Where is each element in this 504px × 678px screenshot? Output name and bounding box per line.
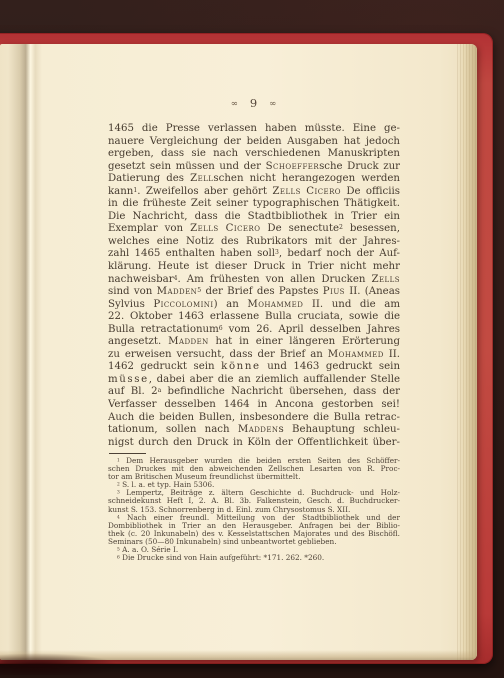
page-number: 9 (250, 96, 258, 110)
body-line: nachweisbar4. Am frühesten von allen Dru… (108, 274, 400, 287)
body-line: nauere Vergleichung der beiden Ausgaben … (108, 136, 400, 149)
body-line: tationum, sollen nach Maddens Behauptung… (108, 424, 400, 437)
body-line: Verfasser desselben 1464 in Ancona gesto… (108, 399, 400, 412)
footnotes: 1 Dem Herausgeber wurden die beiden erst… (108, 457, 400, 562)
page-edge-stack-right (457, 44, 477, 660)
footnote-line: 3 Lempertz, Beiträge z. ältern Geschicht… (108, 489, 400, 497)
body-line: kann1. Zweifellos aber gehört Zells Cice… (108, 186, 400, 199)
body-line: Datierung des Zellschen nicht herangezog… (108, 173, 400, 186)
body-line: Exemplar von Zells Cicero De senectute2 … (108, 223, 400, 236)
footnote-line: schneidekunst Heft I, 2. A. Bl. 3b. Falk… (108, 497, 400, 505)
footnote-line: schen Druckes mit den abweichenden Zells… (108, 465, 400, 473)
footnote-line: Seminars (50—80 Inkunabeln) sind unbeant… (108, 538, 400, 546)
body-line: Die Nachricht, dass die Stadtbibliothek … (108, 211, 400, 224)
header-ornament-left-icon: ∞ (231, 99, 239, 109)
body-line: angesetzt. Madden hat in einer längeren … (108, 336, 400, 349)
body-line: auf Bl. 2a befindliche Nachricht überseh… (108, 386, 400, 399)
book-page: ∞9∞ 1465 die Presse verlassen haben müss… (0, 44, 477, 660)
body-line: müsse, dabei aber die an ziemlich auffal… (108, 374, 400, 387)
body-line: 1462 gedruckt sein könne und 1463 gedruc… (108, 361, 400, 374)
footnote-line: 4 Nach einer freundl. Mitteilung von der… (108, 514, 400, 522)
body-line: zu erweisen versucht, dass der Brief an … (108, 349, 400, 362)
body-line: 1465 die Presse verlassen haben müsste. … (108, 123, 400, 136)
body-line: welches eine Notiz des Rubrikators mit d… (108, 236, 400, 249)
footnote-line: 2 S. l. a. et typ. Hain 5306. (108, 481, 400, 489)
header-ornament-right-icon: ∞ (269, 99, 277, 109)
shadow-bottom-left (0, 653, 120, 675)
footnote-line: Dombibliothek in Trier an den Herausgebe… (108, 522, 400, 530)
footnote-line: 6 Die Drucke sind von Hain aufgeführt: *… (108, 554, 400, 562)
body-line: Sylvius Piccolomini) an Mohammed II. und… (108, 299, 400, 312)
footnote-line: thek (c. 20 Inkunabeln) des v. Kesselsta… (108, 530, 400, 538)
body-line: Bulla retractationum6 vom 26. April dess… (108, 324, 400, 337)
body-line: nigst durch den Druck in Köln der Öffent… (108, 437, 400, 450)
footnote-line: kunst S. 153. Schnorrenberg in d. Einl. … (108, 506, 400, 514)
body-line: zahl 1465 enthalten haben soll3, bedarf … (108, 248, 400, 261)
body-text: 1465 die Presse verlassen haben müsste. … (108, 123, 400, 449)
footnote-line: 1 Dem Herausgeber wurden die beiden erst… (108, 457, 400, 465)
footnote-line: tor am Britischen Museum freundlichst üb… (108, 473, 400, 481)
body-line: 22. Oktober 1463 erlassene Bulla cruciat… (108, 311, 400, 324)
body-line: sind von Madden5 der Brief des Papstes P… (108, 286, 400, 299)
footnote-line: 5 A. a. O. Série I. (108, 546, 400, 554)
photo-background: ∞9∞ 1465 die Presse verlassen haben müss… (0, 0, 504, 678)
page-header: ∞9∞ (108, 96, 400, 110)
page-gutter-shadow (8, 44, 42, 660)
body-line: ergeben, dass sie nach verschiedenen Man… (108, 148, 400, 161)
body-line: Auch die beiden Bullen, insbesondere die… (108, 412, 400, 425)
body-line: klärung. Heute ist dieser Druck in Trier… (108, 261, 400, 274)
footnote-separator-rule (109, 453, 146, 454)
body-line: in die früheste Zeit seiner typographisc… (108, 198, 400, 211)
body-line: gesetzt sein müssen und der Schoeffersch… (108, 161, 400, 174)
